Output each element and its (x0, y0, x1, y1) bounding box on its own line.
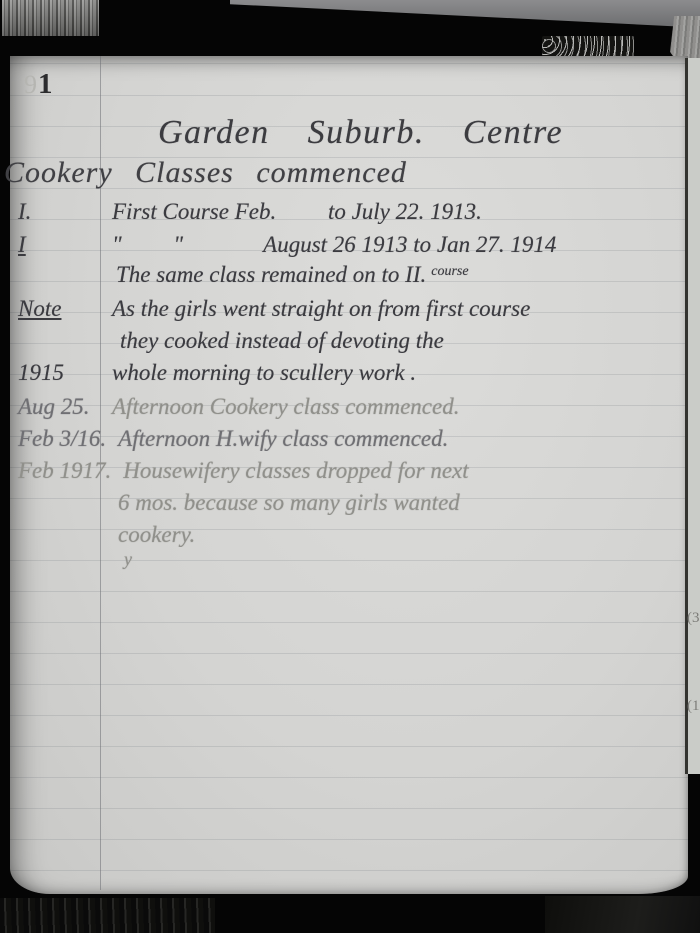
entry-text: Afternoon Cookery class commenced. (100, 394, 688, 419)
entry-text-main: The same class remained on to II. (116, 262, 426, 287)
margin-label: Feb 1917. (10, 458, 111, 483)
ledger-row: I. First Course Feb. to July 22. 1913. (10, 199, 688, 224)
ledger-row: Feb 3/16. Afternoon H.wify class commenc… (10, 426, 688, 451)
entry-text: Housewifery classes dropped for next (111, 458, 688, 483)
ledger-row: Feb 1917. Housewifery classes dropped fo… (10, 458, 688, 483)
margin-label: I (10, 232, 100, 257)
ledger-row: 6 mos. because so many girls wanted (10, 490, 688, 515)
top-shadow-wedge (230, 0, 700, 30)
page-title: Garden Suburb. Centre (158, 114, 563, 152)
ledger-row: 1915 whole morning to scullery work . (10, 360, 688, 385)
notebook-page: 91 Garden Suburb. Centre Cookery Classes… (10, 56, 688, 894)
ledger-row: y (10, 550, 688, 570)
margin-label: Feb 3/16. (10, 426, 106, 451)
page-number-digit: 1 (38, 68, 54, 100)
entry-text: As the girls went straight on from first… (100, 296, 688, 321)
entry-text: whole morning to scullery work . (100, 360, 688, 385)
margin-label: 1915 (10, 360, 100, 385)
page-subtitle: Cookery Classes commenced (4, 156, 407, 190)
book-cover-texture (2, 0, 99, 36)
entry-text: Afternoon H.wify class commenced. (106, 426, 688, 451)
ledger-row: they cooked instead of devoting the (10, 328, 688, 353)
photo-frame: 91 Garden Suburb. Centre Cookery Classes… (0, 0, 700, 933)
ledger-row: cookery. (10, 522, 688, 547)
page-edge-fragment-bottom: (1 (687, 698, 700, 715)
ledger-row: Note As the girls went straight on from … (10, 296, 688, 321)
ledger-row: The same class remained on to II.course (10, 262, 688, 287)
bottom-shadow-texture (545, 896, 700, 933)
entry-text: First Course Feb. to July 22. 1913. (100, 199, 688, 224)
ledger-row: Aug 25. Afternoon Cookery class commence… (10, 394, 688, 419)
bottom-book-spine-texture (0, 898, 215, 933)
entry-text: they cooked instead of devoting the (100, 328, 688, 353)
margin-label: Aug 25. (10, 394, 100, 419)
margin-label: Note (10, 296, 100, 321)
page-edge-fragment-top: (3 (687, 610, 700, 627)
margin-label: I. (10, 199, 100, 224)
entry-text: 6 mos. because so many girls wanted (100, 490, 688, 515)
entry-text: " " August 26 1913 to Jan 27. 1914 (100, 232, 688, 257)
page-number: 91 (24, 68, 54, 101)
ledger-row: I " " August 26 1913 to Jan 27. 1914 (10, 232, 688, 257)
entry-text: cookery. (100, 522, 688, 547)
entry-text: The same class remained on to II.course (100, 262, 688, 287)
entry-text: y (100, 550, 688, 570)
entry-suffix: course (431, 264, 468, 279)
next-page-edge: (3 (1 (685, 58, 700, 774)
page-number-faint-digit: 9 (24, 70, 38, 99)
